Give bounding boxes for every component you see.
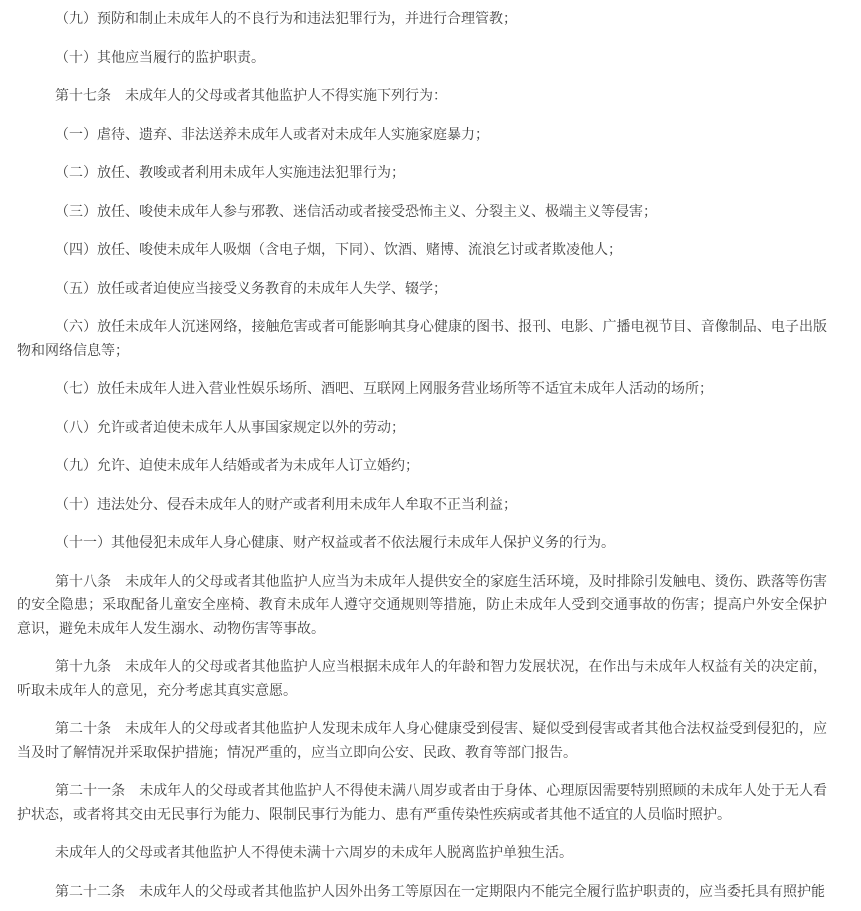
law-paragraph: （六）放任未成年人沉迷网络，接触危害或者可能影响其身心健康的图书、报刊、电影、广… <box>17 315 827 362</box>
law-paragraph: （十）违法处分、侵吞未成年人的财产或者利用未成年人牟取不正当利益； <box>17 493 827 517</box>
law-paragraph: （八）允许或者迫使未成年人从事国家规定以外的劳动； <box>17 416 827 440</box>
law-paragraph: （十一）其他侵犯未成年人身心健康、财产权益或者不依法履行未成年人保护义务的行为。 <box>17 531 827 555</box>
law-paragraph: （二）放任、教唆或者利用未成年人实施违法犯罪行为； <box>17 161 827 185</box>
law-paragraph: 第二十一条 未成年人的父母或者其他监护人不得使未满八周岁或者由于身体、心理原因需… <box>17 779 827 826</box>
law-paragraph: （一）虐待、遗弃、非法送养未成年人或者对未成年人实施家庭暴力； <box>17 123 827 147</box>
law-paragraph: 第二十二条 未成年人的父母或者其他监护人因外出务工等原因在一定期限内不能完全履行… <box>17 880 827 904</box>
law-paragraph: 第二十条 未成年人的父母或者其他监护人发现未成年人身心健康受到侵害、疑似受到侵害… <box>17 717 827 764</box>
law-paragraph: （五）放任或者迫使应当接受义务教育的未成年人失学、辍学； <box>17 277 827 301</box>
law-paragraph: （七）放任未成年人进入营业性娱乐场所、酒吧、互联网上网服务营业场所等不适宜未成年… <box>17 377 827 401</box>
law-paragraph: 未成年人的父母或者其他监护人不得使未满十六周岁的未成年人脱离监护单独生活。 <box>17 841 827 865</box>
law-paragraph: 第十八条 未成年人的父母或者其他监护人应当为未成年人提供安全的家庭生活环境，及时… <box>17 570 827 641</box>
law-paragraph: 第十九条 未成年人的父母或者其他监护人应当根据未成年人的年龄和智力发展状况，在作… <box>17 655 827 702</box>
law-paragraph: （三）放任、唆使未成年人参与邪教、迷信活动或者接受恐怖主义、分裂主义、极端主义等… <box>17 200 827 224</box>
article-content: （九）预防和制止未成年人的不良行为和违法犯罪行为，并进行合理管教；（十）其他应当… <box>0 0 861 903</box>
law-paragraph: （九）允许、迫使未成年人结婚或者为未成年人订立婚约； <box>17 454 827 478</box>
law-paragraph: （十）其他应当履行的监护职责。 <box>17 46 827 70</box>
law-paragraph: （四）放任、唆使未成年人吸烟（含电子烟，下同）、饮酒、赌博、流浪乞讨或者欺凌他人… <box>17 238 827 262</box>
law-paragraph: 第十七条 未成年人的父母或者其他监护人不得实施下列行为： <box>17 84 827 108</box>
law-paragraph: （九）预防和制止未成年人的不良行为和违法犯罪行为，并进行合理管教； <box>17 7 827 31</box>
